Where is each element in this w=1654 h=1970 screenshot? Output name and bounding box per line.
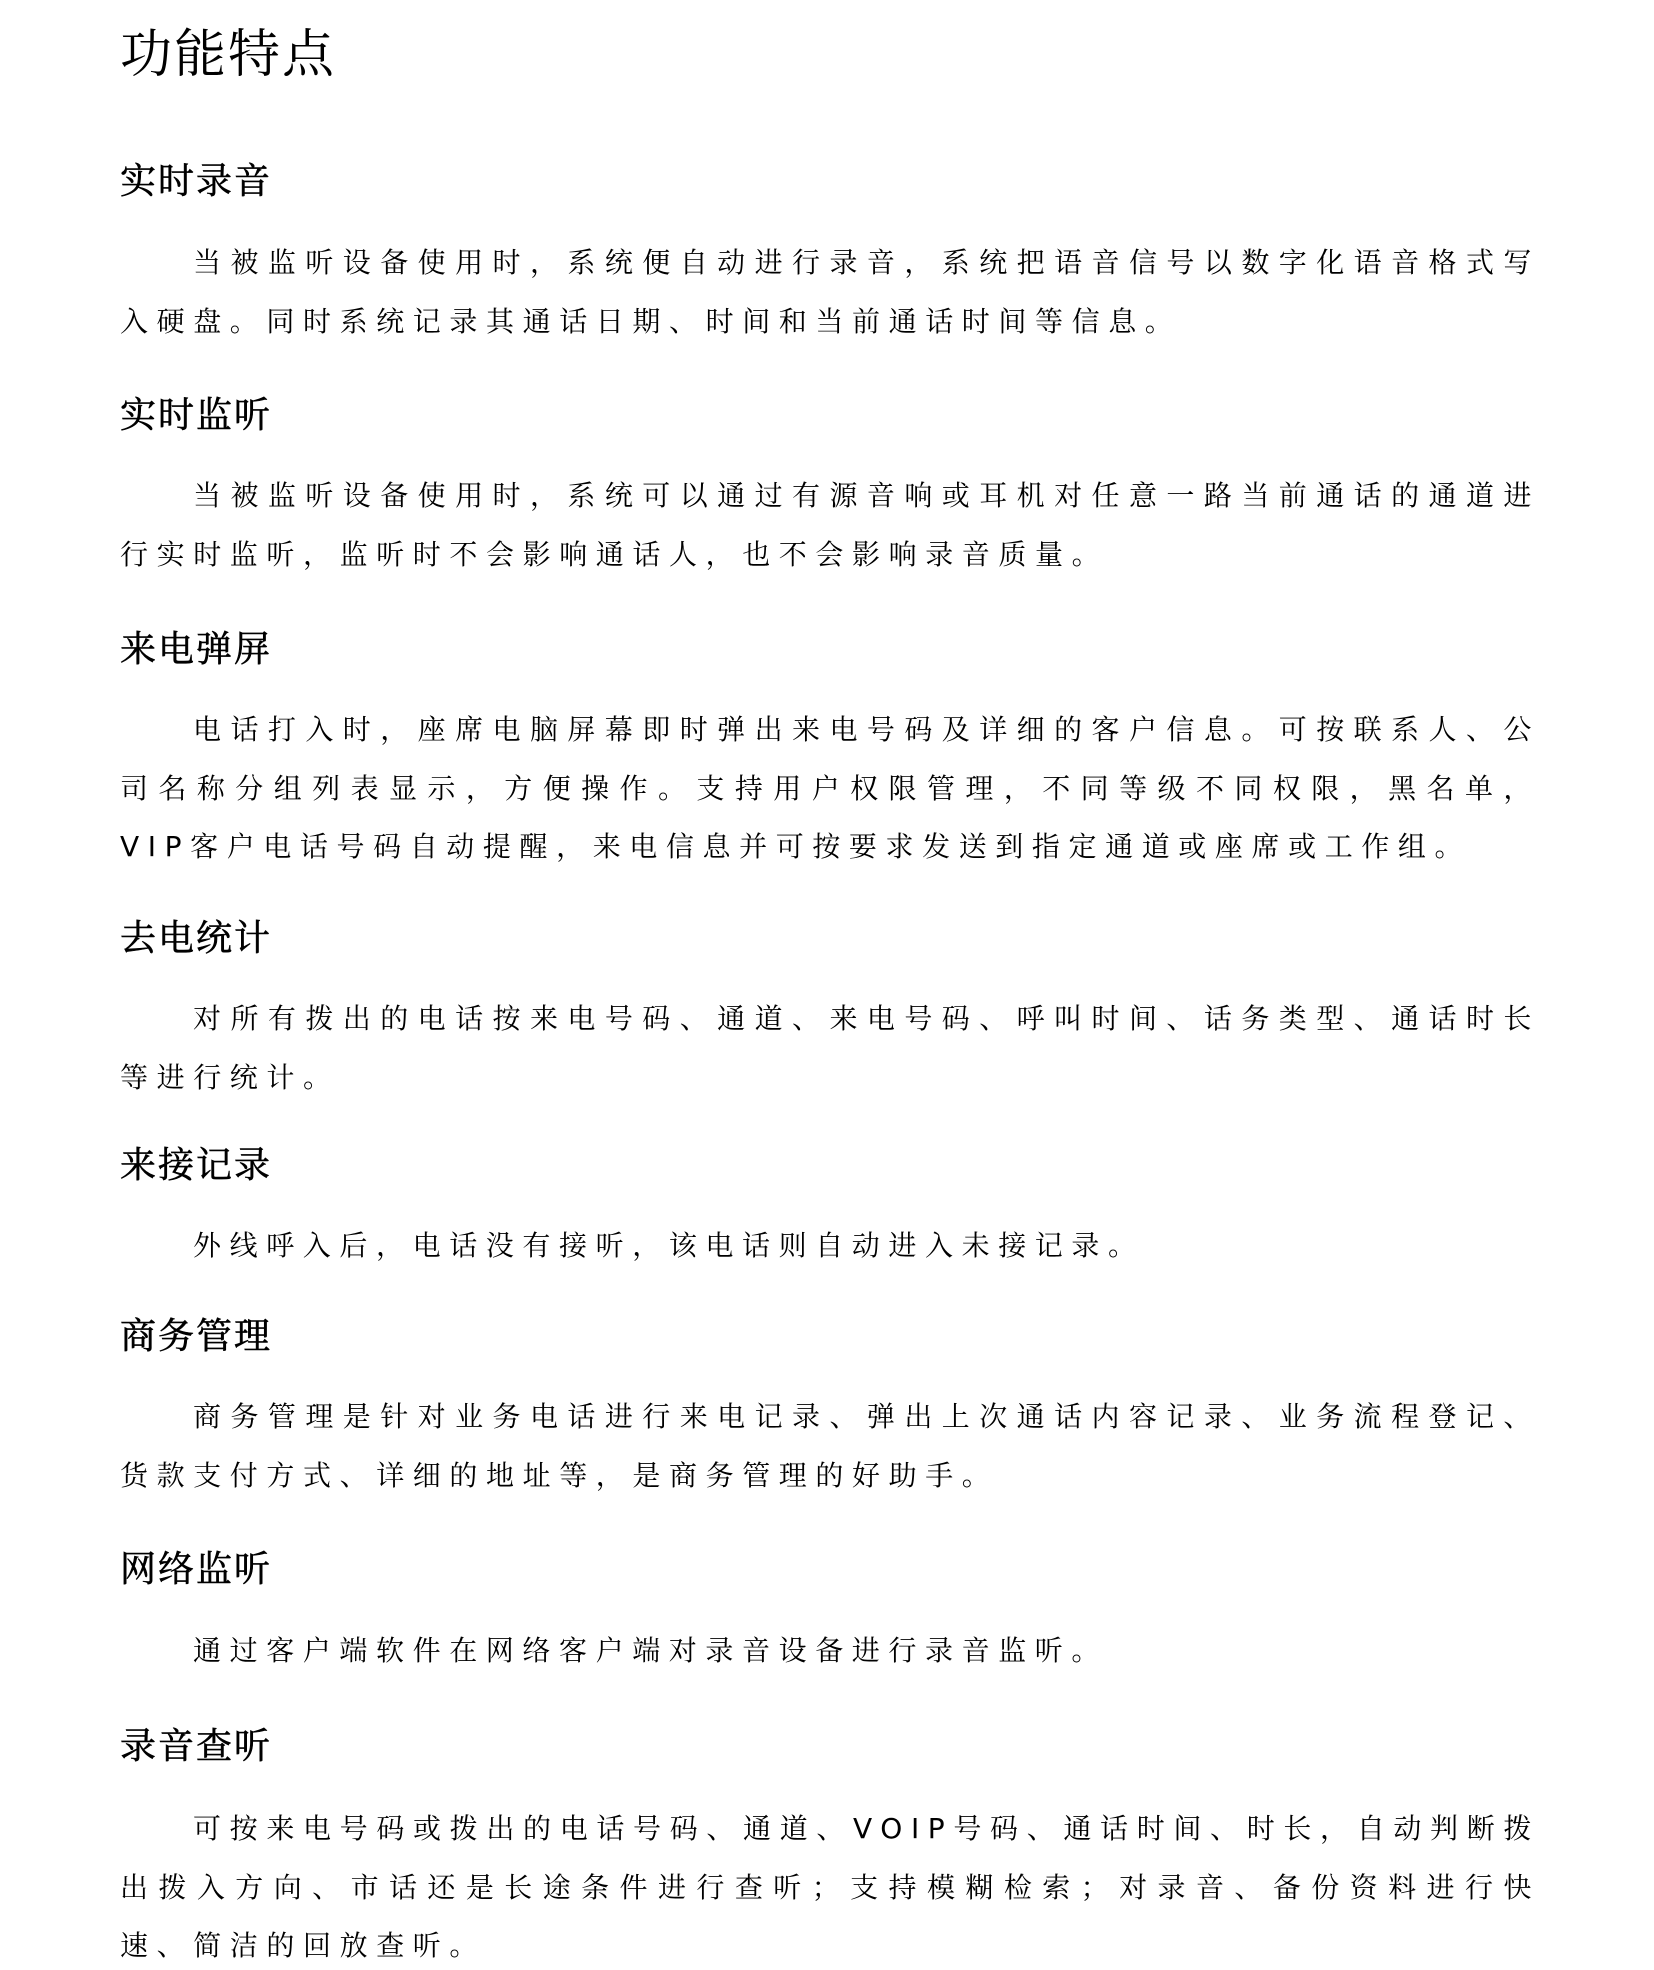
section-body-outgoing-statistics: 对所有拨出的电话按来电号码、通道、来电号码、呼叫时间、话务类型、通话时长等进行统… bbox=[120, 990, 1540, 1107]
section-body-realtime-monitoring: 当被监听设备使用时，系统可以通过有源音响或耳机对任意一路当前通话的通道进行实时监… bbox=[120, 467, 1540, 584]
section-heading-realtime-monitoring: 实时监听 bbox=[120, 394, 272, 438]
section-heading-network-monitoring: 网络监听 bbox=[120, 1548, 272, 1592]
section-heading-realtime-recording: 实时录音 bbox=[120, 160, 272, 204]
section-body-realtime-recording: 当被监听设备使用时，系统便自动进行录音，系统把语音信号以数字化语音格式写入硬盘。… bbox=[120, 234, 1540, 351]
section-body-caller-popup: 电话打入时，座席电脑屏幕即时弹出来电号码及详细的客户信息。可按联系人、公司名称分… bbox=[120, 701, 1540, 877]
section-heading-business-management: 商务管理 bbox=[120, 1315, 272, 1359]
section-body-missed-call-records: 外线呼入后，电话没有接听，该电话则自动进入未接记录。 bbox=[120, 1217, 1540, 1276]
section-body-recording-playback: 可按来电号码或拨出的电话号码、通道、VOIP号码、通话时间、时长，自动判断拨出拨… bbox=[120, 1800, 1540, 1970]
section-body-business-management: 商务管理是针对业务电话进行来电记录、弹出上次通话内容记录、业务流程登记、货款支付… bbox=[120, 1388, 1540, 1505]
document-title: 功能特点 bbox=[120, 22, 336, 88]
section-body-network-monitoring: 通过客户端软件在网络客户端对录音设备进行录音监听。 bbox=[120, 1622, 1540, 1681]
section-heading-outgoing-statistics: 去电统计 bbox=[120, 917, 272, 961]
section-heading-missed-call-records: 来接记录 bbox=[120, 1144, 272, 1188]
section-heading-caller-popup: 来电弹屏 bbox=[120, 628, 272, 672]
section-heading-recording-playback: 录音查听 bbox=[120, 1725, 272, 1769]
